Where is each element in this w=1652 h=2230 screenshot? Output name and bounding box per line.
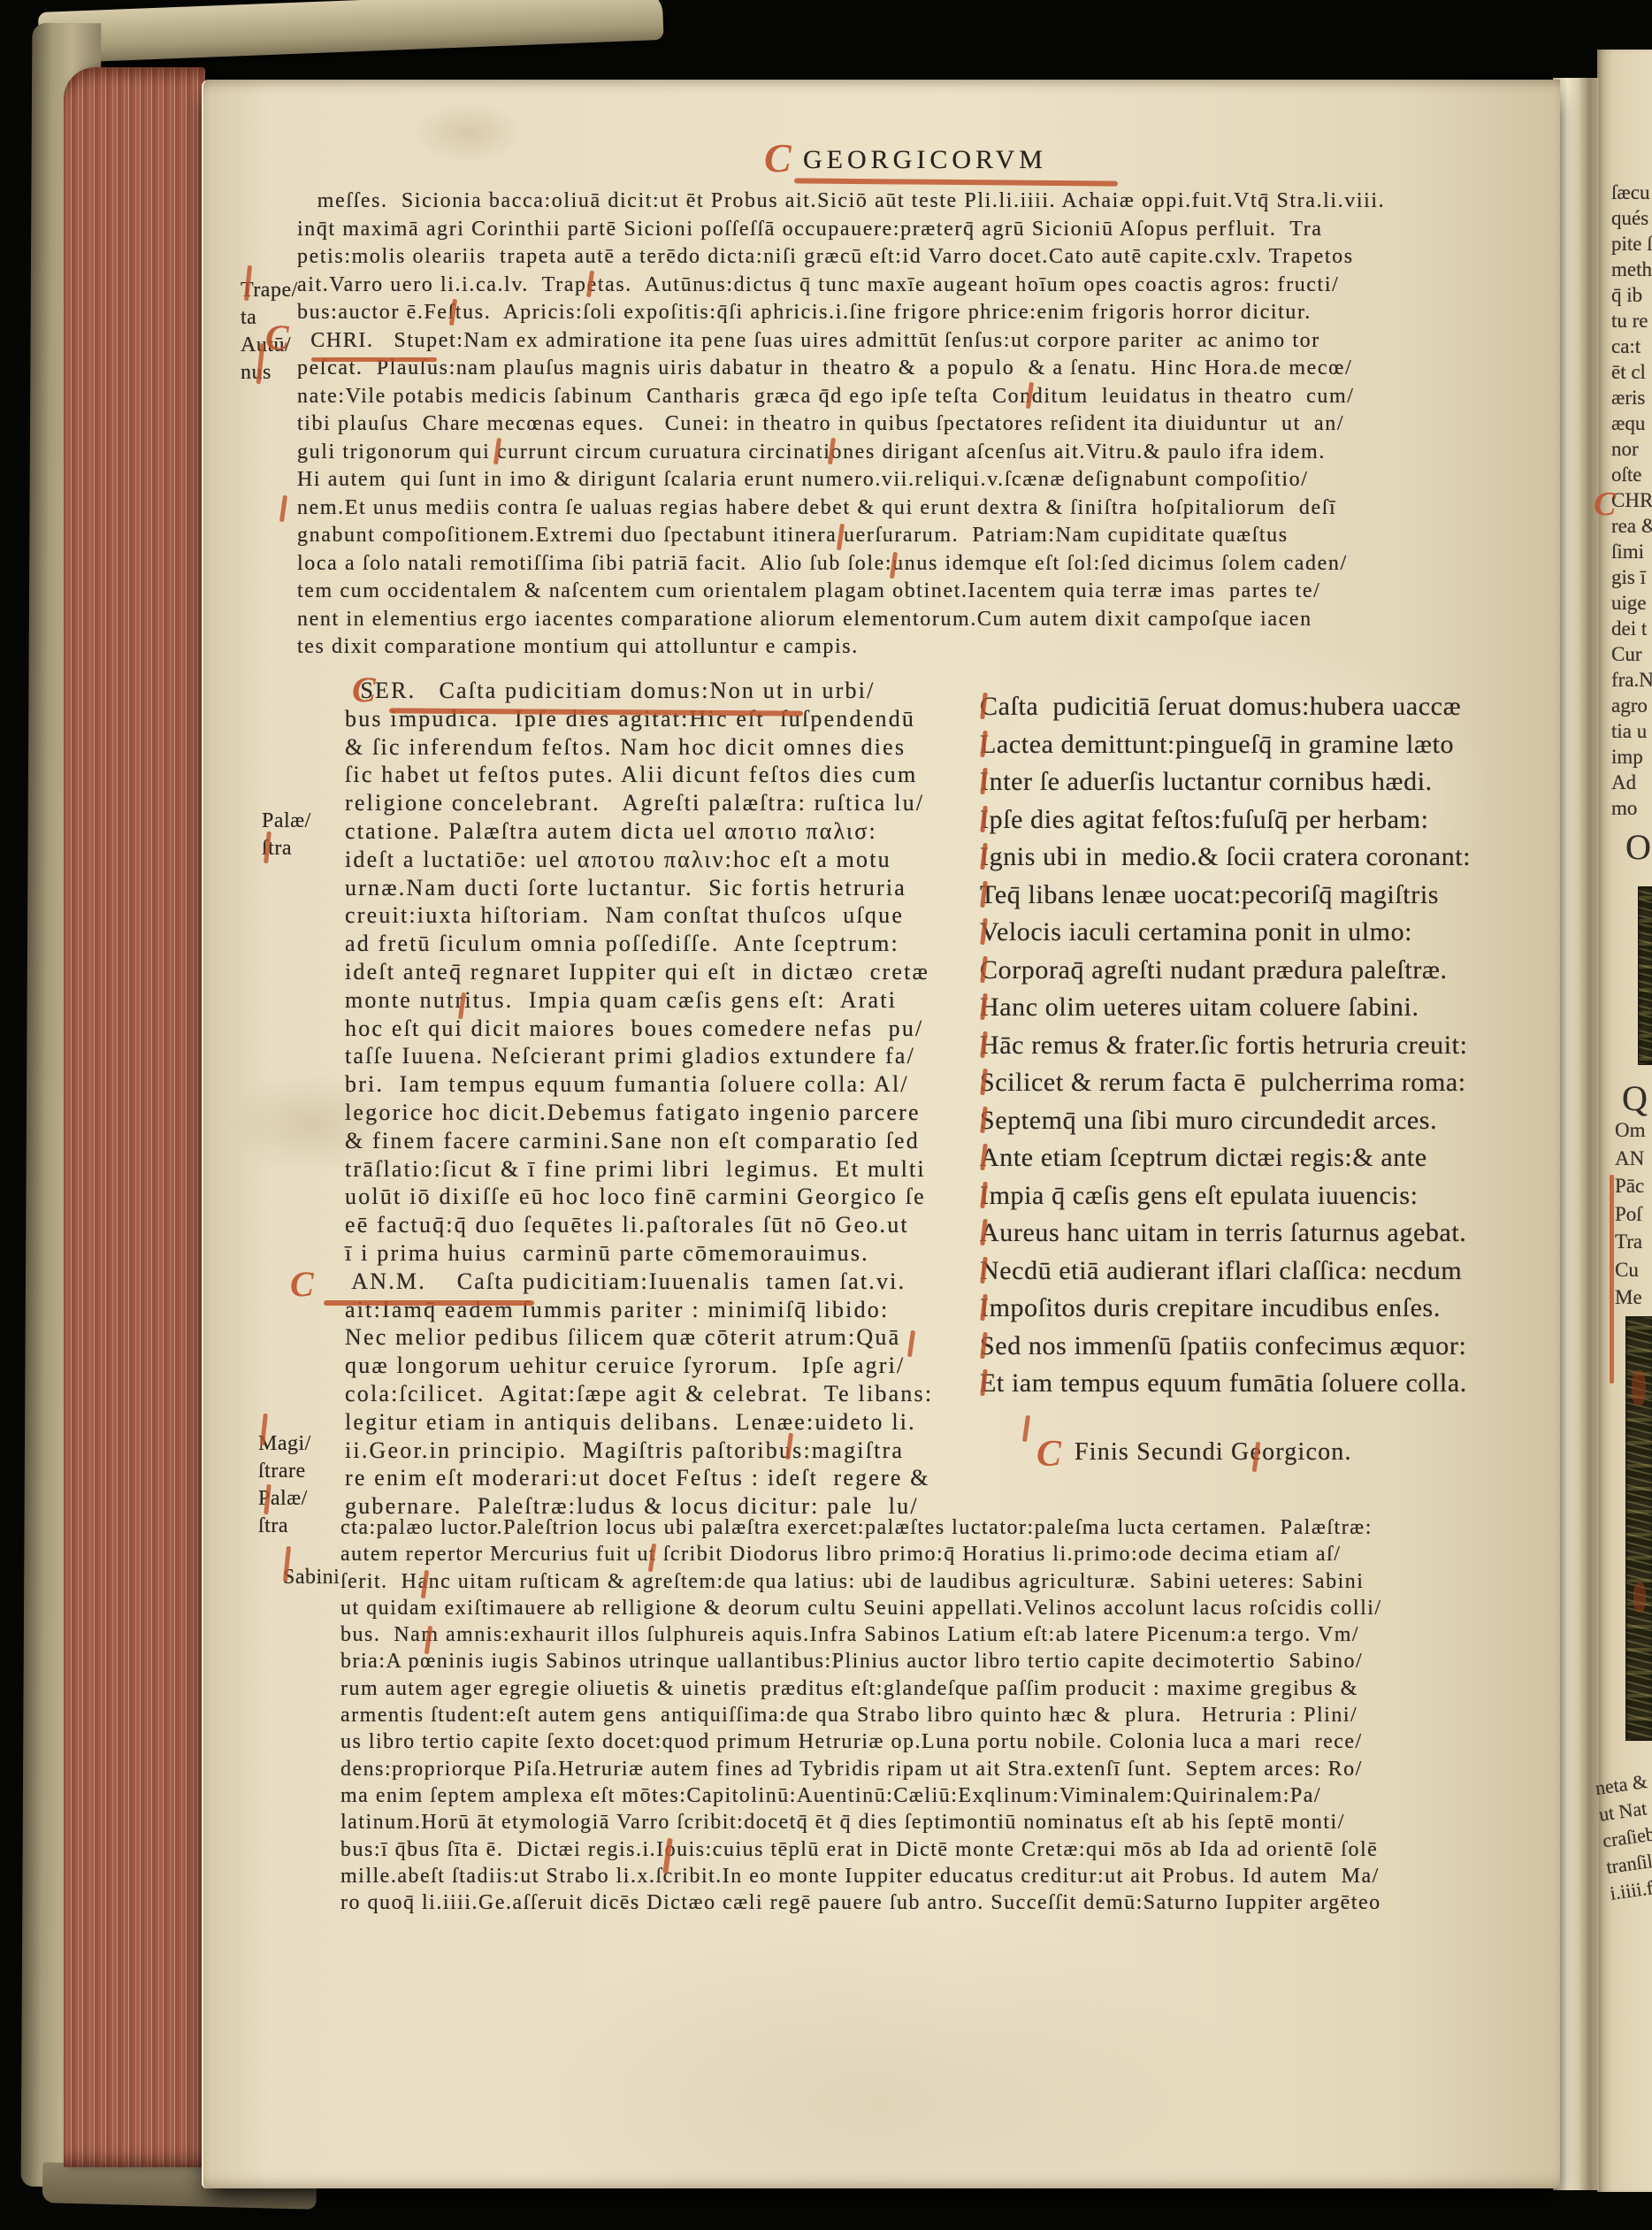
running-title: GEORGICORVM bbox=[803, 145, 1047, 175]
text-line: re enim eſt moderari:ut docet Feſtus : i… bbox=[345, 1464, 933, 1492]
text-line: Me bbox=[1615, 1284, 1646, 1312]
text-line: qués bbox=[1611, 205, 1652, 231]
text-line: nus bbox=[241, 359, 298, 387]
text-line: taſſe Iuuena. Neſcierant primi gladios e… bbox=[345, 1042, 933, 1070]
next-page-text-fragments-upper: ſæcuquéspite ſmethq̄ ibtu reca:tēt clæri… bbox=[1611, 180, 1652, 821]
text-line: meth bbox=[1611, 257, 1652, 282]
text-line: CHRI. Stupet:Nam ex admiratione ita pene… bbox=[297, 327, 1385, 356]
woodcut-border bbox=[1625, 1316, 1652, 1741]
text-line: hoc eſt qui dicit maiores boues comedere… bbox=[345, 1015, 933, 1043]
text-line: ca:t bbox=[1611, 333, 1652, 359]
text-line: Necdū etiā audierant iflari claſſica: ne… bbox=[980, 1253, 1471, 1291]
text-line: Sabini bbox=[283, 1564, 340, 1591]
text-line: Scilicet & rerum facta ē pulcherrima rom… bbox=[980, 1064, 1471, 1102]
text-line: æris bbox=[1611, 385, 1652, 410]
text-line: ſæcu bbox=[1611, 180, 1652, 205]
text-line: cta:palæo luctor.Paleſtrion locus ubi pa… bbox=[340, 1514, 1382, 1541]
text-line: nate:Vile potabis medicis ſabinum Cantha… bbox=[297, 383, 1385, 411]
text-line: & ſic inferendum feſtos. Nam hoc dicit o… bbox=[345, 733, 933, 762]
text-line: ideſt anteq̄ regnaret Iuppiter qui eſt i… bbox=[345, 958, 933, 986]
text-line: Impoſitos duris crepitare incudibus enſe… bbox=[980, 1290, 1471, 1328]
text-line: Ignis ubi in medio.& ſocii cratera coron… bbox=[980, 839, 1471, 877]
text-line: ideſt a luctatiōe: uel αποτου παλιν:hoc … bbox=[345, 846, 933, 874]
text-line: creuit:iuxta hiſtoriam. Nam conſtat thuſ… bbox=[345, 901, 933, 930]
text-line: Septemq̄ una ſibi muro circundedit arces… bbox=[980, 1102, 1471, 1140]
text-line: monte nutritus. Impia quam cæſis gens eſ… bbox=[345, 986, 933, 1015]
text-line: rum autem ager egregie oliuetis & uineti… bbox=[340, 1675, 1382, 1702]
rubric-pilcrow-icon: C bbox=[1036, 1433, 1061, 1475]
text-line: Hāc remus & frater.ſic fortis hetruria c… bbox=[980, 1027, 1471, 1065]
text-line: petis:molis oleariis trapeta autē a terē… bbox=[297, 243, 1385, 272]
rubric-pilcrow-icon: C bbox=[764, 134, 792, 181]
text-line: urnæ.Nam ducti ſorte luctantur. Sic fort… bbox=[345, 874, 933, 902]
text-line: cola:ſcilicet. Agitat:ſæpe agit & celebr… bbox=[345, 1380, 933, 1408]
text-line: rea & bbox=[1611, 513, 1652, 539]
text-line: bri. Iam tempus equum fumantia ſoluere c… bbox=[345, 1070, 933, 1099]
text-line: us libro tertio capite ſexto docet:quod … bbox=[340, 1728, 1382, 1755]
text-line: ī i prima huius carminū parte cōmemoraui… bbox=[345, 1239, 933, 1268]
text-line: Ad bbox=[1611, 770, 1652, 795]
text-line: Om bbox=[1615, 1116, 1646, 1145]
text-line: Sed nos immenſū ſpatiis confecimus æquor… bbox=[980, 1328, 1471, 1366]
text-line: ma enim ſeptem amplexa eſt mōtes:Capitol… bbox=[340, 1782, 1382, 1809]
rubric-underline bbox=[324, 1300, 534, 1306]
text-line: bria:A pœninis iugis Sabinos utrinque ua… bbox=[340, 1648, 1382, 1674]
rubric-pilcrow-icon: C bbox=[265, 317, 289, 358]
next-page-text-fragments-mid: OmANPācPoſTraCuMe bbox=[1615, 1116, 1646, 1312]
text-line: uige bbox=[1611, 590, 1652, 616]
text-line: Ante etiam ſceptrum dictæi regis:& ante bbox=[980, 1139, 1471, 1177]
text-line: mille.abeſt ſtadiis:ut Strabo li.x.ſcrib… bbox=[340, 1863, 1382, 1889]
text-line: imp bbox=[1611, 744, 1652, 770]
rubric-underline bbox=[311, 357, 437, 362]
text-line: Caſta pudicitiā ſeruat domus:hubera uacc… bbox=[980, 688, 1471, 726]
text-line: ſerit. Hanc uitam ruſticam & agreſtem:de… bbox=[340, 1568, 1382, 1595]
text-line: ctatione. Palæſtra autem dicta uel αποτι… bbox=[345, 817, 933, 846]
rubric-pilcrow-icon: C bbox=[1594, 485, 1616, 524]
text-line: quæ longorum uehitur ceruice ſyrorum. Ip… bbox=[345, 1352, 933, 1380]
rubric-stroke bbox=[1610, 1175, 1614, 1383]
text-line: agro bbox=[1611, 693, 1652, 718]
text-line: bus:ī q̄bus ſīta ē. Dictæi regis.i.Iouis… bbox=[340, 1836, 1382, 1863]
text-line: tia u bbox=[1611, 718, 1652, 744]
text-line: ſic habet ut feſtos putes. Alii dicunt f… bbox=[345, 761, 933, 789]
text-line: ut quidam exiſtimauere ab relligione & d… bbox=[340, 1595, 1382, 1621]
text-line: Nec melior pedibus ſilicem quæ cōterit a… bbox=[345, 1323, 933, 1352]
text-line: Impia q̄ cæſis gens eſt epulata iuuencis… bbox=[980, 1177, 1471, 1215]
text-line: loca a ſolo natali remotiſſima ſibi patr… bbox=[297, 550, 1385, 579]
text-line: dei t bbox=[1611, 616, 1652, 641]
verse-column: Caſta pudicitiā ſeruat domus:hubera uacc… bbox=[980, 688, 1471, 1403]
woodcut-border-strip bbox=[1638, 886, 1652, 1065]
woodcut-accent bbox=[1632, 1370, 1646, 1406]
text-line: Lactea demittunt:pingueſq̄ in gramine læ… bbox=[980, 726, 1471, 764]
text-line: q̄ ib bbox=[1611, 282, 1652, 308]
text-line: Magi/ bbox=[258, 1430, 311, 1458]
text-line: æqu bbox=[1611, 410, 1652, 436]
text-line: bus:auctor ē.Feſtus. Apricis:ſoli expoſi… bbox=[297, 299, 1385, 327]
text-line: Aureus hanc uitam in terris ſaturnus age… bbox=[980, 1215, 1471, 1253]
text-line: ſtra bbox=[258, 1513, 311, 1540]
text-line: Cu bbox=[1615, 1256, 1646, 1284]
text-line: religione concelebrant. Agreſti palæſtra… bbox=[345, 789, 933, 817]
text-line: SER. Caſta pudicitiam domus:Non ut in ur… bbox=[345, 677, 933, 705]
text-line: ad fretū ſiculum omnia poſſediſſe. Ante … bbox=[345, 930, 933, 958]
text-line: ēt cl bbox=[1611, 359, 1652, 385]
text-line: dens:propriorque Piſa.Hetruriæ autem fin… bbox=[340, 1756, 1382, 1782]
text-line: AN bbox=[1615, 1145, 1646, 1173]
woodcut-accent bbox=[1633, 1582, 1646, 1613]
text-line: eē factuq̄:q̄ duo ſequētes li.paſtorales… bbox=[345, 1211, 933, 1239]
text-line: Poſ bbox=[1615, 1200, 1646, 1229]
next-page-initial-q: Q bbox=[1622, 1077, 1648, 1119]
text-line: Corporaq̄ agreſti nudant prædura paleſtr… bbox=[980, 952, 1471, 990]
margin-note-sabini: Sabini bbox=[283, 1564, 340, 1591]
text-line: peſcat. Plauſus:nam plauſus magnis uiris… bbox=[297, 355, 1385, 383]
text-line: tem cum occidentalem & naſcentem cum ori… bbox=[297, 578, 1385, 606]
text-line: AN.M. Caſta pudicitiam:Iuuenalis tamen ſ… bbox=[345, 1268, 933, 1296]
text-line: nent in elementius ergo iacentes compara… bbox=[297, 606, 1385, 634]
text-line: oſte bbox=[1611, 462, 1652, 487]
text-line: ſimi bbox=[1611, 539, 1652, 564]
text-line: Inter ſe aduerſis luctantur cornibus hæd… bbox=[980, 763, 1471, 801]
text-line: Ipſe dies agitat feſtos:fuſuſq̄ per herb… bbox=[980, 801, 1471, 839]
text-line: tibi plauſus Chare mecœnas eques. Cunei:… bbox=[297, 410, 1385, 439]
text-line: bus. Nam amnis:exhaurit illos ſulphureis… bbox=[340, 1621, 1382, 1648]
text-line: ii.Geor.in principio. Magiſtris paſtorib… bbox=[345, 1437, 933, 1465]
text-line: uolūt iō dixiſſe eū hoc loco finē carmin… bbox=[345, 1183, 933, 1211]
text-line: legitur etiam in antiquis delibans. Lenæ… bbox=[345, 1408, 933, 1437]
top-commentary-block: meſſes. Sicionia bacca:oliuā dicit:ut ēt… bbox=[297, 188, 1385, 662]
book-photograph: C GEORGICORVM Trape/taAutū/nus Palæ/ſtra… bbox=[0, 0, 1652, 2230]
text-line: armentis ſtudent:eſt autem gens antiquiſ… bbox=[340, 1702, 1382, 1728]
text-line: nor bbox=[1611, 436, 1652, 462]
text-line: Hanc olim ueteres uitam coluere ſabini. bbox=[980, 989, 1471, 1027]
left-commentary-column: SER. Caſta pudicitiam domus:Non ut in ur… bbox=[345, 677, 933, 1521]
text-line: nem.Et unus mediis contra ſe ualuas regi… bbox=[297, 494, 1385, 523]
parchment-cover-top-edge bbox=[38, 0, 664, 64]
text-line: tes dixit comparatione montium qui attol… bbox=[297, 633, 1385, 662]
rubric-pilcrow-icon: C bbox=[352, 669, 376, 710]
text-line: ro quoq̄ li.iiii.Ge.aſſeruit dicēs Dictæ… bbox=[340, 1889, 1382, 1916]
text-line: fra.N bbox=[1611, 667, 1652, 693]
text-line: ſtrare bbox=[258, 1458, 311, 1485]
text-line: Tra bbox=[1615, 1228, 1646, 1256]
text-line: inq̄t maximā agri Corinthii partē Sicion… bbox=[297, 216, 1385, 244]
bottom-commentary-block: cta:palæo luctor.Paleſtrion locus ubi pa… bbox=[340, 1514, 1382, 1916]
text-line: ait.Varro uero li.i.ca.lv. Trapetas. Aut… bbox=[297, 272, 1385, 300]
text-line: guli trigonorum qui currunt circum curua… bbox=[297, 439, 1385, 467]
text-line: latinum.Horū āt etymologiā Varro ſcribit… bbox=[340, 1809, 1382, 1835]
text-line: trāſlatio:ſicut & ī fine primi libri leg… bbox=[345, 1155, 933, 1184]
text-line: Et iam tempus equum fumātia ſoluere coll… bbox=[980, 1365, 1471, 1403]
text-line: tu re bbox=[1611, 308, 1652, 333]
text-line: & finem facere carmini.Sane non eſt comp… bbox=[345, 1127, 933, 1155]
text-line: mo bbox=[1611, 795, 1652, 821]
text-line: meſſes. Sicionia bacca:oliuā dicit:ut ēt… bbox=[297, 188, 1385, 216]
text-line: Cur bbox=[1611, 641, 1652, 667]
rubric-pilcrow-icon: C bbox=[290, 1263, 314, 1305]
text-line: Hi autem qui ſunt in imo & dirigunt ſcal… bbox=[297, 466, 1385, 494]
text-line: Teq̄ libans lenæe uocat:pecoriſq̄ magiſt… bbox=[980, 877, 1471, 915]
text-line: autem repertor Mercurius fuit ut ſcribit… bbox=[340, 1541, 1382, 1567]
text-line: Velocis iaculi certamina ponit in ulmo: bbox=[980, 914, 1471, 952]
text-line: CHR bbox=[1611, 487, 1652, 513]
text-line: gis ī bbox=[1611, 564, 1652, 590]
next-page-initial-o: O bbox=[1625, 826, 1651, 868]
red-fore-edge-pages bbox=[64, 67, 205, 2167]
finis-line: Finis Secundi Georgicon. bbox=[1075, 1438, 1352, 1467]
text-line: pite ſ bbox=[1611, 231, 1652, 257]
text-line: Pāc bbox=[1615, 1172, 1646, 1200]
text-line: legorice hoc dicit.Debemus fatigato inge… bbox=[345, 1099, 933, 1127]
